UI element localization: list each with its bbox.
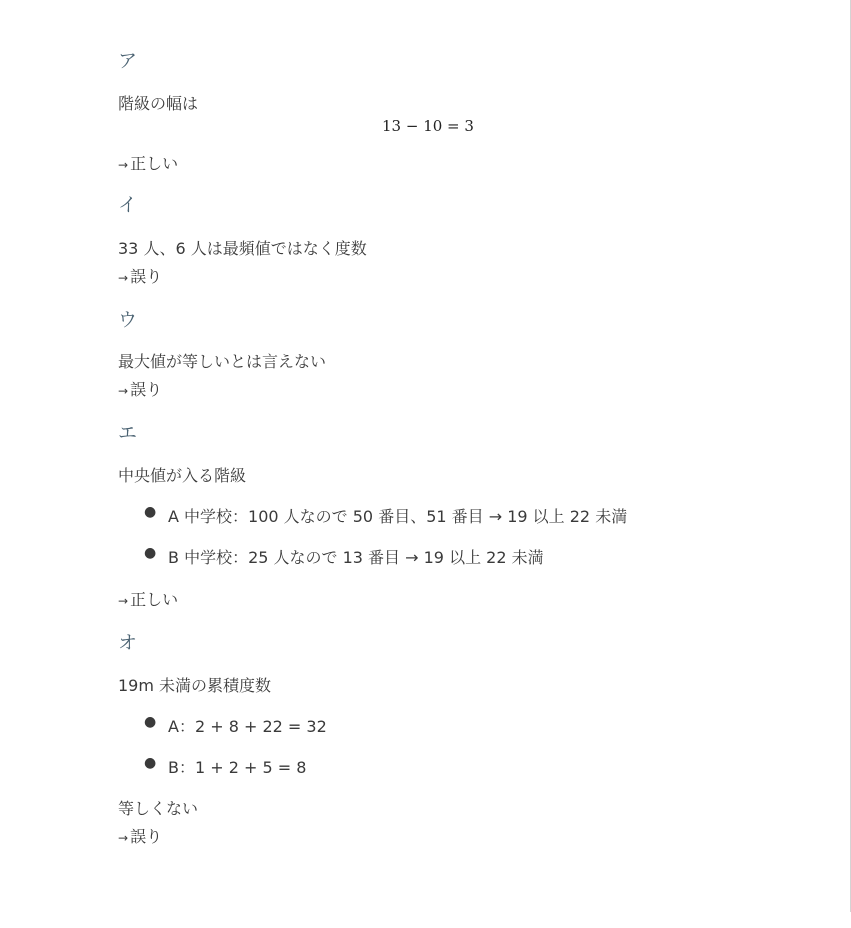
bullet-icon: ● [144, 714, 156, 730]
list-item-text: B：1 + 2 + 5 = 8 [168, 758, 306, 777]
section-text-a: 階級の幅は [118, 91, 198, 114]
arrow-icon: → [118, 594, 128, 608]
list-item: ● A 中学校：100 人なので 50 番目、51 番目 → 19 以上 22 … [168, 504, 627, 527]
verdict-label: 正しい [130, 590, 178, 609]
section-text-o: 19m 未満の累積度数 [118, 673, 271, 696]
verdict-label: 誤り [130, 267, 162, 286]
arrow-icon: → [118, 158, 128, 172]
arrow-icon: → [118, 384, 128, 398]
list-item-text: B 中学校：25 人なので 13 番目 → 19 以上 22 未満 [168, 548, 544, 567]
section-text-e: 中央値が入る階級 [118, 463, 246, 486]
verdict-i: →誤り [118, 264, 162, 287]
bullet-icon: ● [144, 755, 156, 771]
section-heading-i: イ [118, 190, 137, 217]
bullet-icon: ● [144, 504, 156, 520]
list-item: ● B 中学校：25 人なので 13 番目 → 19 以上 22 未満 [168, 545, 544, 568]
verdict-u: →誤り [118, 377, 162, 400]
verdict-a: →正しい [118, 151, 178, 174]
verdict-label: 誤り [130, 380, 162, 399]
document-page: ア 階級の幅は 13 − 10 = 3 →正しい イ 33 人、6 人は最頻値で… [0, 0, 851, 912]
section-text-i: 33 人、6 人は最頻値ではなく度数 [118, 236, 367, 259]
list-item-text: A：2 + 8 + 22 = 32 [168, 717, 327, 736]
list-item: ● B：1 + 2 + 5 = 8 [168, 755, 306, 778]
section-heading-a: ア [118, 46, 137, 73]
section-heading-e: エ [118, 418, 137, 445]
section-heading-u: ウ [118, 305, 137, 332]
list-item-text: A 中学校：100 人なので 50 番目、51 番目 → 19 以上 22 未満 [168, 507, 627, 526]
equation-class-width: 13 − 10 = 3 [382, 117, 474, 135]
arrow-icon: → [118, 271, 128, 285]
list-item: ● A：2 + 8 + 22 = 32 [168, 714, 327, 737]
verdict-label: 正しい [130, 154, 178, 173]
verdict-e: →正しい [118, 587, 178, 610]
bullet-icon: ● [144, 545, 156, 561]
verdict-o: →誤り [118, 824, 162, 847]
section-heading-o: オ [118, 628, 137, 655]
section-text-u: 最大値が等しいとは言えない [118, 349, 326, 372]
arrow-icon: → [118, 831, 128, 845]
verdict-label: 誤り [130, 827, 162, 846]
conclusion-o: 等しくない [118, 796, 198, 819]
